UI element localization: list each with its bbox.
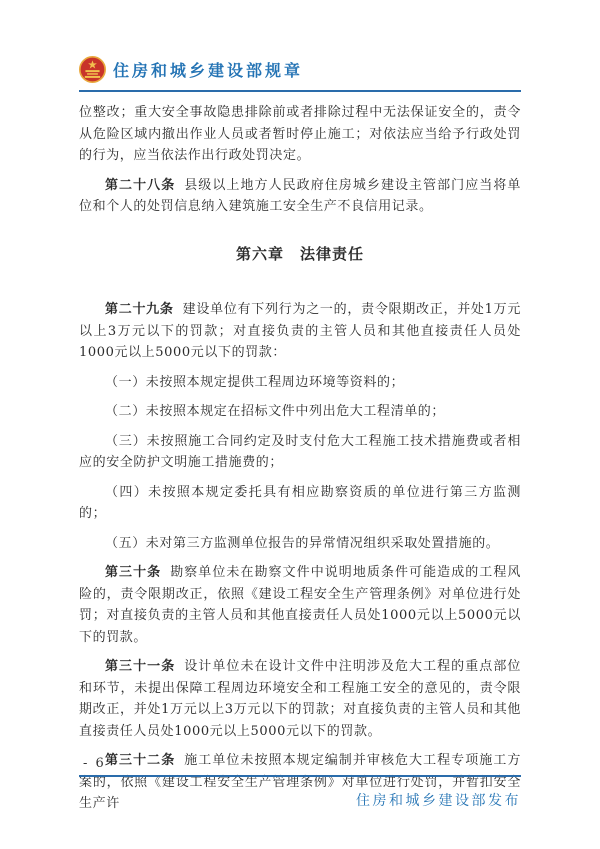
- page-number: - 6 -: [79, 756, 521, 771]
- article-31: 第三十一条设计单位未在设计文件中注明涉及危大工程的重点部位和环节，未提出保障工程…: [79, 656, 521, 742]
- article-number: 第三十条: [105, 565, 161, 580]
- article-30: 第三十条勘察单位未在勘察文件中说明地质条件可能造成的工程风险的，责令限期改正，依…: [79, 562, 521, 648]
- page-footer: - 6 - 住房和城乡建设部发布: [79, 756, 521, 810]
- chapter-heading: 第六章 法律责任: [79, 244, 521, 266]
- article-29: 第二十九条建设单位有下列行为之一的，责令限期改正，并处1万元以上3万元以下的罚款…: [79, 299, 521, 364]
- article-number: 第二十九条: [105, 302, 174, 317]
- article-28: 第二十八条县级以上地方人民政府住房城乡建设主管部门应当将单位和个人的处罚信息纳入…: [79, 175, 521, 218]
- document-body: 位整改；重大安全事故隐患排除前或者排除过程中无法保证安全的，责令从危险区域内撤出…: [79, 102, 521, 815]
- document-page: 住房和城乡建设部规章 位整改；重大安全事故隐患排除前或者排除过程中无法保证安全的…: [0, 0, 600, 849]
- document-category-title: 住房和城乡建设部规章: [113, 58, 303, 81]
- china-national-emblem-icon: [79, 56, 106, 83]
- paragraph-continuation: 位整改；重大安全事故隐患排除前或者排除过程中无法保证安全的，责令从危险区域内撤出…: [79, 102, 521, 167]
- list-item-4: （四）未按照本规定委托具有相应勘察资质的单位进行第三方监测的；: [79, 482, 521, 525]
- page-header: 住房和城乡建设部规章: [79, 0, 521, 92]
- list-item-3: （三）未按照施工合同约定及时支付危大工程施工技术措施费或者相应的安全防护文明施工…: [79, 431, 521, 474]
- article-number: 第三十一条: [105, 659, 175, 674]
- footer-divider: [79, 775, 521, 777]
- publisher-label: 住房和城乡建设部发布: [79, 790, 521, 810]
- article-number: 第二十八条: [105, 178, 175, 193]
- list-item-2: （二）未按照本规定在招标文件中列出危大工程清单的；: [79, 401, 521, 423]
- header-divider: [79, 90, 521, 92]
- list-item-1: （一）未按照本规定提供工程周边环境等资料的；: [79, 372, 521, 394]
- list-item-5: （五）未对第三方监测单位报告的异常情况组织采取处置措施的。: [79, 533, 521, 555]
